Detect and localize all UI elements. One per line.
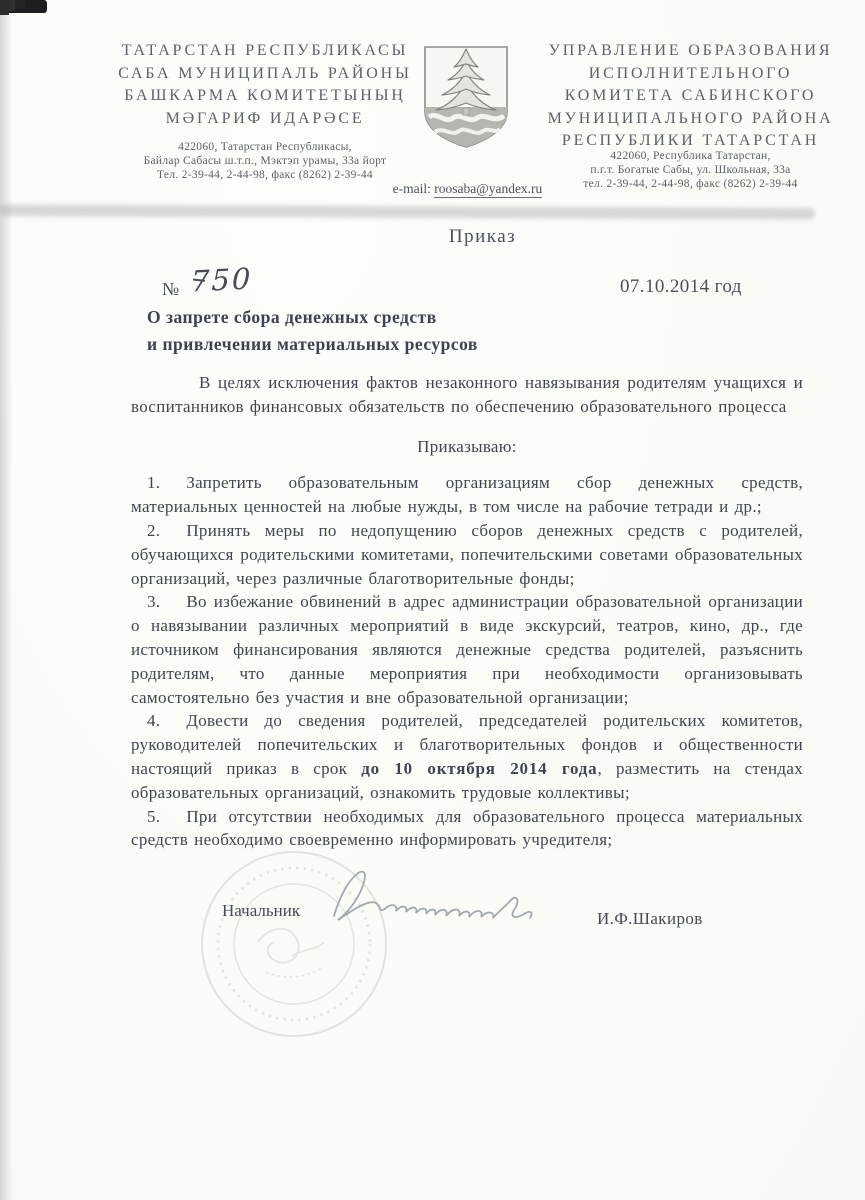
address-line: 422060, Республика Татарстан, [518, 150, 863, 164]
address-line: п.г.т. Богатые Сабы, ул. Школьная, 33а [518, 164, 863, 178]
item-number: 4. [147, 711, 160, 730]
order-body: В целях исключения фактов незаконного на… [131, 371, 803, 852]
order-subject: О запрете сбора денежных средств и привл… [147, 304, 647, 358]
order-item-3: 3.Во избежание обвинений в адрес админис… [131, 590, 803, 709]
subject-line: О запрете сбора денежных средств [147, 304, 647, 331]
scan-smudge-line [0, 204, 815, 220]
item-text: Во избежание обвинений в адрес администр… [131, 592, 803, 706]
email-line: e-mail: roosaba@yandex.ru [0, 181, 865, 197]
item-text: Принять меры по недопущению сборов денеж… [131, 521, 803, 588]
handwritten-order-number: 750 [191, 261, 253, 298]
item-number: 5. [147, 807, 160, 826]
order-item-2: 2.Принять меры по недопущению сборов ден… [131, 519, 803, 590]
order-number-row: №750 [162, 268, 253, 302]
handwritten-signature [318, 856, 543, 934]
org-name-russian-line: УПРАВЛЕНИЕ ОБРАЗОВАНИЯ [518, 40, 863, 63]
doc-title: Приказ [0, 226, 865, 248]
address-line: Байлар Сабасы ш.т.п., Мэктэп урамы, 33а … [85, 155, 445, 169]
number-sign: № [162, 279, 179, 299]
org-name-russian-line: МУНИЦИПАЛЬНОГО РАЙОНА [518, 108, 863, 131]
item-number: 1. [147, 473, 160, 492]
scanned-order-document: ТАТАРСТАН РЕСПУБЛИКАСЫ САБА МУНИЦИПАЛЬ Р… [0, 0, 865, 1200]
order-item-1: 1.Запретить образовательным организациям… [131, 471, 803, 519]
item-text: Запретить образовательным организациям с… [131, 473, 803, 516]
item-text: При отсутствии необходимых для образоват… [131, 807, 803, 850]
scan-edge-shadow [0, 0, 12, 1200]
subject-line: и привлечении материальных ресурсов [147, 331, 647, 358]
org-name-russian-line: КОМИТЕТА САБИНСКОГО [518, 85, 863, 108]
coat-of-arms-fir-tree-icon [421, 44, 511, 150]
order-date: 07.10.2014 год [620, 276, 742, 298]
signature-position-title: Начальник [222, 901, 300, 921]
email-label: e-mail: [393, 181, 431, 196]
intro-paragraph: В целях исключения фактов незаконного на… [131, 371, 803, 419]
order-item-5: 5.При отсутствии необходимых для образов… [131, 805, 803, 853]
signer-name: И.Ф.Шакиров [597, 909, 703, 929]
email-address: roosaba@yandex.ru [434, 181, 542, 198]
address-line: 422060, Татарстан Республикасы, [85, 141, 445, 155]
org-name-tatar-line: МӘГАРИФ ИДАРӘСЕ [85, 108, 445, 131]
org-address-tatar: 422060, Татарстан Республикасы, Байлар С… [85, 141, 445, 182]
org-name-tatar: ТАТАРСТАН РЕСПУБЛИКАСЫ САБА МУНИЦИПАЛЬ Р… [85, 40, 445, 130]
org-name-tatar-line: БАШКАРМА КОМИТЕТЫНЫҢ [85, 85, 445, 108]
item-number: 3. [147, 592, 160, 611]
order-item-4: 4.Довести до сведения родителей, председ… [131, 709, 803, 804]
org-name-tatar-line: ТАТАРСТАН РЕСПУБЛИКАСЫ [85, 40, 445, 63]
org-name-russian: УПРАВЛЕНИЕ ОБРАЗОВАНИЯ ИСПОЛНИТЕЛЬНОГО К… [518, 40, 863, 153]
resolve-line: Приказываю: [131, 435, 803, 459]
item-text-bold: до 10 октября 2014 года [361, 759, 597, 778]
org-name-russian-line: ИСПОЛНИТЕЛЬНОГО [518, 63, 863, 86]
scan-artifact-left-edge [0, 0, 9, 15]
item-number: 2. [147, 521, 160, 540]
org-name-tatar-line: САБА МУНИЦИПАЛЬ РАЙОНЫ [85, 63, 445, 86]
